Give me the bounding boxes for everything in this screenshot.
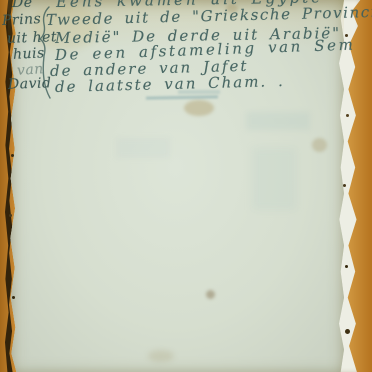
ink-bleedthrough-patch bbox=[246, 112, 310, 130]
stain-mark bbox=[206, 290, 215, 299]
ink-bleedthrough-patch bbox=[116, 138, 170, 158]
margin-note-word: Prins bbox=[2, 11, 42, 29]
margin-note-word: De bbox=[12, 0, 33, 11]
stain-mark bbox=[148, 350, 174, 362]
manuscript-page: De Prins uit het huis van David Eens kwa… bbox=[0, 0, 372, 372]
stain-mark bbox=[184, 100, 214, 116]
stain-mark bbox=[312, 138, 327, 152]
ink-bleedthrough-patch bbox=[252, 148, 296, 210]
